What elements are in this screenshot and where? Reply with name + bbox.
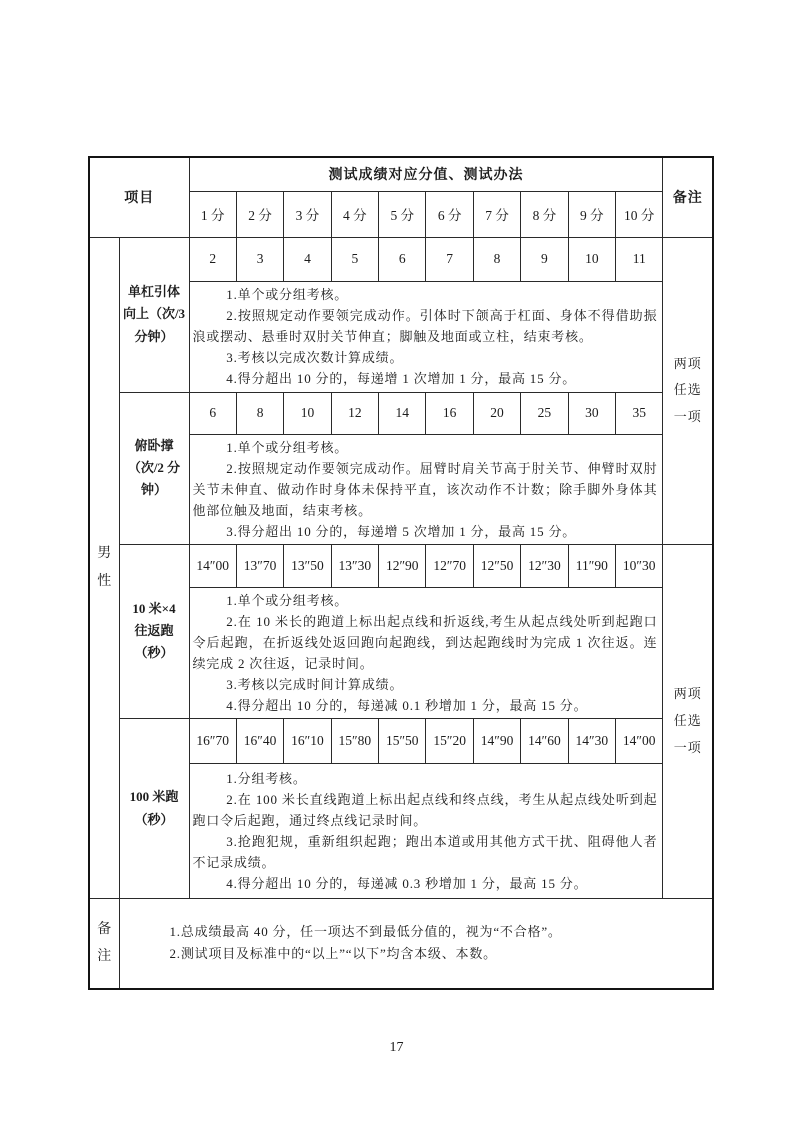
score-value-cell: 5 [331,237,378,281]
method-item: 4.得分超出 10 分的，每递减 0.3 秒增加 1 分，最高 15 分。 [193,873,658,894]
score-value-cell: 6 [189,392,236,434]
header-scores-title-cell: 测试成绩对应分值、测试办法 [189,157,663,191]
score-col-label: 3 分 [284,191,331,237]
score-value-cell: 12″90 [379,544,426,587]
score-value-cell: 12″30 [521,544,568,587]
method-item: 3.考核以完成时间计算成绩。 [193,674,658,695]
method-item: 2.在 100 米长直线跑道上标出起点线和终点线，考生从起点线处听到起跑口令后起… [193,789,658,831]
score-value-cell: 15″80 [331,719,378,764]
score-value-cell: 11 [616,237,663,281]
score-col-label: 2 分 [236,191,283,237]
score-value-cell: 14″90 [473,719,520,764]
method-item: 2.在 10 米长的跑道上标出起点线和折返线,考生从起点线处听到起跑口令后起跑，… [193,611,658,674]
score-col-label: 8 分 [521,191,568,237]
score-col-label: 10 分 [616,191,663,237]
footer-notes-cell: 1.总成绩最高 40 分，任一项达不到最低分值的，视为“不合格”。 2.测试项目… [119,899,713,989]
header-remark-cell: 备注 [663,157,713,237]
score-value-cell: 7 [426,237,473,281]
score-value-cell: 16″10 [284,719,331,764]
score-value-cell: 13″50 [284,544,331,587]
score-col-label: 6 分 [426,191,473,237]
methods-cell: 1.单个或分组考核。 2.按照规定动作要领完成动作。屈臂时肩关节高于肘关节、伸臂… [189,434,663,544]
score-value-cell: 6 [379,237,426,281]
method-item: 3.抢跑犯规，重新组织起跑；跑出本道或用其他方式干扰、阻碍他人者不记录成绩。 [193,831,658,873]
score-value-cell: 14″30 [568,719,615,764]
method-item: 3.得分超出 10 分的，每递增 5 次增加 1 分，最高 15 分。 [193,521,658,542]
score-value-cell: 10 [568,237,615,281]
score-value-cell: 3 [236,237,283,281]
score-value-cell: 4 [284,237,331,281]
score-value-cell: 2 [189,237,236,281]
score-col-label: 9 分 [568,191,615,237]
method-item: 4.得分超出 10 分的，每递减 0.1 秒增加 1 分，最高 15 分。 [193,695,658,716]
score-value-cell: 25 [521,392,568,434]
score-value-cell: 12 [331,392,378,434]
score-value-cell: 12″50 [473,544,520,587]
footer-note-item: 2.测试项目及标准中的“以上”“以下”均含本级、本数。 [170,943,702,966]
method-item: 1.单个或分组考核。 [193,284,658,305]
exercise-name-cell: 100 米跑 （秒） [119,719,189,899]
score-value-cell: 16″40 [236,719,283,764]
score-value-cell: 9 [521,237,568,281]
selection-note-cell: 两项 任选 一项 [663,544,713,898]
method-item: 2.按照规定动作要领完成动作。屈臂时肩关节高于肘关节、伸臂时双肘关节未伸直、做动… [193,458,658,521]
fitness-standards-table: 项目 测试成绩对应分值、测试办法 备注 1 分 2 分 3 分 4 分 5 分 … [88,156,714,990]
score-value-cell: 15″50 [379,719,426,764]
score-value-cell: 16 [426,392,473,434]
footer-remark-row: 备 注 1.总成绩最高 40 分，任一项达不到最低分值的，视为“不合格”。 2.… [89,899,713,989]
method-item: 3.考核以完成次数计算成绩。 [193,347,658,368]
method-item: 1.单个或分组考核。 [193,590,658,611]
page-number: 17 [0,1040,793,1056]
score-value-cell: 16″70 [189,719,236,764]
header-project-cell: 项目 [89,157,189,237]
score-value-cell: 11″90 [568,544,615,587]
method-item: 1.分组考核。 [193,768,658,789]
score-value-cell: 14″00 [189,544,236,587]
method-item: 4.得分超出 10 分的，每递增 1 次增加 1 分，最高 15 分。 [193,368,658,389]
score-value-cell: 30 [568,392,615,434]
pushup-values-row: 俯卧撑 （次/2 分 钟） 6 8 10 12 14 16 20 25 30 3… [89,392,713,434]
score-col-label: 1 分 [189,191,236,237]
methods-cell: 1.分组考核。 2.在 100 米长直线跑道上标出起点线和终点线，考生从起点线处… [189,764,663,899]
score-col-label: 7 分 [473,191,520,237]
exercise-name-cell: 10 米×4 往返跑 （秒） [119,544,189,718]
sprint-values-row: 100 米跑 （秒） 16″70 16″40 16″10 15″80 15″50… [89,719,713,764]
score-value-cell: 14″00 [616,719,663,764]
pullup-values-row: 男 性 单杠引体 向上（次/3 分钟） 2 3 4 5 6 7 8 9 10 1… [89,237,713,281]
methods-cell: 1.单个或分组考核。 2.按照规定动作要领完成动作。引体时下颌高于杠面、身体不得… [189,281,663,392]
score-value-cell: 13″30 [331,544,378,587]
exercise-name-cell: 俯卧撑 （次/2 分 钟） [119,392,189,544]
score-col-label: 4 分 [331,191,378,237]
score-value-cell: 10″30 [616,544,663,587]
selection-note-cell: 两项 任选 一项 [663,237,713,544]
method-item: 2.按照规定动作要领完成动作。引体时下颌高于杠面、身体不得借助振浪或摆动、悬垂时… [193,305,658,347]
score-value-cell: 10 [284,392,331,434]
header-row-1: 项目 测试成绩对应分值、测试办法 备注 [89,157,713,191]
methods-cell: 1.单个或分组考核。 2.在 10 米长的跑道上标出起点线和折返线,考生从起点线… [189,587,663,718]
score-value-cell: 14 [379,392,426,434]
score-value-cell: 12″70 [426,544,473,587]
score-value-cell: 20 [473,392,520,434]
score-col-label: 5 分 [379,191,426,237]
method-item: 1.单个或分组考核。 [193,437,658,458]
score-value-cell: 35 [616,392,663,434]
score-value-cell: 15″20 [426,719,473,764]
footer-note-item: 1.总成绩最高 40 分，任一项达不到最低分值的，视为“不合格”。 [170,921,702,944]
shuttle-values-row: 10 米×4 往返跑 （秒） 14″00 13″70 13″50 13″30 1… [89,544,713,587]
exercise-name-cell: 单杠引体 向上（次/3 分钟） [119,237,189,392]
score-value-cell: 14″60 [521,719,568,764]
document-page: 项目 测试成绩对应分值、测试办法 备注 1 分 2 分 3 分 4 分 5 分 … [0,0,793,1122]
score-value-cell: 8 [473,237,520,281]
gender-cell: 男 性 [89,237,119,899]
footer-label-cell: 备 注 [89,899,119,989]
score-value-cell: 8 [236,392,283,434]
score-value-cell: 13″70 [236,544,283,587]
